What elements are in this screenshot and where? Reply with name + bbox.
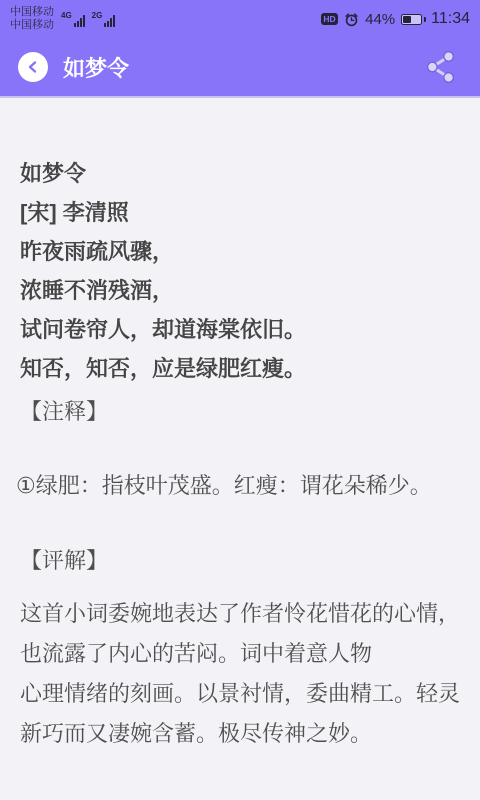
notes-section-heading: 【注释】 (20, 392, 460, 431)
battery-percent: 44% (365, 11, 395, 28)
review-line: 新巧而又凄婉含蓄。极尽传神之妙。 (20, 714, 460, 754)
poem-verse-line: 昨夜雨疏风骤， (20, 232, 460, 271)
review-line: 也流露了内心的苦闷。词中着意人物 (20, 634, 460, 674)
sim1-signal: 4G (61, 12, 85, 27)
review-paragraph: 这首小词委婉地表达了作者怜花惜花的心情， 也流露了内心的苦闷。词中着意人物 心理… (20, 594, 460, 754)
carrier-name-sim2: 中国移动 (10, 19, 54, 32)
sim1-network-label: 4G (61, 12, 72, 20)
hd-volte-icon: HD (321, 13, 338, 25)
poem-verse-line: 试问卷帘人，却道海棠依旧。 (20, 310, 460, 349)
status-time: 11:34 (431, 10, 470, 28)
review-section-heading: 【评解】 (20, 541, 460, 580)
signal-bars-icon (104, 15, 115, 27)
battery-icon (401, 14, 422, 25)
share-button[interactable] (418, 45, 462, 89)
status-bar-left: 中国移动 中国移动 4G 2G (10, 6, 115, 32)
poem-content: 如梦令 [宋] 李清照 昨夜雨疏风骤， 浓睡不消残酒， 试问卷帘人，却道海棠依旧… (0, 98, 480, 754)
review-line: 这首小词委婉地表达了作者怜花惜花的心情， (20, 594, 460, 634)
sim2-signal: 2G (92, 12, 116, 27)
share-icon (419, 46, 461, 88)
status-bar-right: HD 44% 11:34 (321, 10, 470, 28)
poem-author: [宋] 李清照 (20, 193, 460, 232)
app-bar: 如梦令 (0, 38, 480, 98)
carrier-names: 中国移动 中国移动 (10, 6, 54, 32)
phone-screen: 中国移动 中国移动 4G 2G HD 44% (0, 0, 480, 800)
poem-verse-line: 浓睡不消残酒， (20, 271, 460, 310)
alarm-clock-icon (344, 12, 359, 27)
review-line: 心理情绪的刻画。以景衬情，委曲精工。轻灵 (20, 674, 460, 714)
carrier-name-sim1: 中国移动 (10, 6, 54, 19)
page-title: 如梦令 (63, 52, 418, 83)
sim2-network-label: 2G (92, 12, 103, 20)
poem-title: 如梦令 (20, 154, 460, 193)
poem-verse-line: 知否，知否，应是绿肥红瘦。 (20, 349, 460, 388)
status-bar: 中国移动 中国移动 4G 2G HD 44% (0, 0, 480, 38)
back-button[interactable] (18, 52, 48, 82)
signal-bars-icon (74, 15, 85, 27)
chevron-left-icon (25, 59, 41, 75)
notes-line: ①绿肥：指枝叶茂盛。红瘦：谓花朵稀少。 (16, 466, 460, 505)
